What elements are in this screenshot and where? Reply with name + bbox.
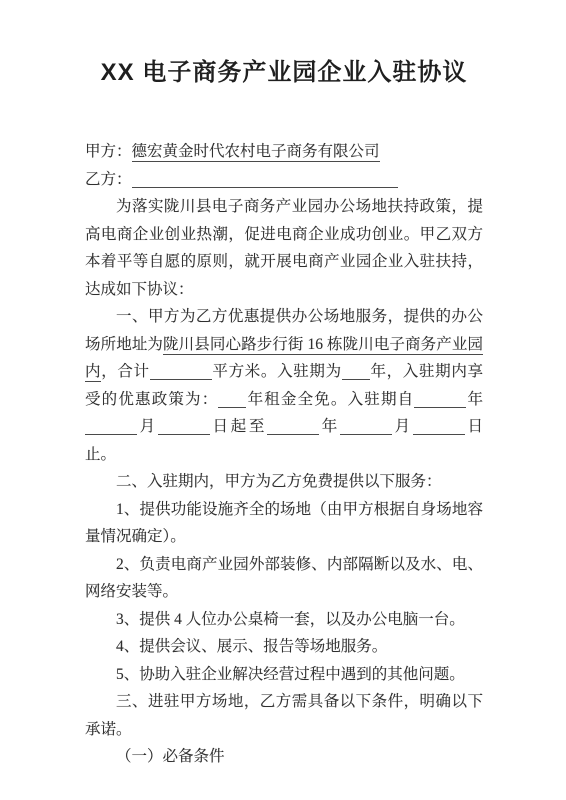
party-a-name: 德宏黄金时代农村电子商务有限公司	[132, 143, 380, 162]
clause-one-after-area: 平方米。入驻期为	[212, 363, 342, 380]
party-b-label: 乙方：	[85, 171, 132, 188]
party-b-row: 乙方：	[85, 166, 483, 194]
free-rent-years-blank-line	[218, 391, 246, 408]
subsection-heading: （一）必备条件	[85, 743, 483, 771]
clause-one-after-policy: 年租金全免。入驻期自	[246, 391, 414, 408]
document-title: XX 电子商务产业园企业入驻协议	[85, 56, 483, 90]
clause-one-paragraph: 一、甲方为乙方优惠提供办公场地服务，提供的办公场所地址为陇川县同心路步行街 16…	[85, 303, 483, 468]
start-year-blank-line	[414, 391, 466, 408]
start-day-label: 日起至	[210, 418, 267, 435]
start-month-label: 月	[137, 418, 158, 435]
preamble-paragraph: 为落实陇川县电子商务产业园办公场地扶持政策，提高电商企业创业热潮，促进电商企业成…	[85, 193, 483, 303]
party-b-blank-line	[132, 171, 398, 188]
party-a-row: 甲方：德宏黄金时代农村电子商务有限公司	[85, 138, 483, 166]
clause-two-heading: 二、入驻期内，甲方为乙方免费提供以下服务：	[85, 468, 483, 496]
clause-two-item-2: 2、负责电商产业园外部装修、内部隔断以及水、电、网络安装等。	[85, 551, 483, 606]
clause-two-item-1: 1、提供功能设施齐全的场地（由甲方根据自身场地容量情况确定）。	[85, 496, 483, 551]
clause-one-after-address: ，合计	[101, 363, 150, 380]
end-month-label: 月	[392, 418, 413, 435]
start-day-blank-line	[158, 419, 210, 436]
clause-two-item-3: 3、提供 4 人位办公桌椅一套，以及办公电脑一台。	[85, 606, 483, 634]
term-years-blank-line	[342, 364, 370, 381]
end-year-blank-line	[267, 419, 319, 436]
start-month-blank-line	[85, 419, 137, 436]
start-year-label: 年	[466, 391, 483, 408]
end-day-blank-line	[413, 419, 465, 436]
clause-two-item-4: 4、提供会议、展示、报告等场地服务。	[85, 633, 483, 661]
clause-two-item-5: 5、协助入驻企业解决经营过程中遇到的其他问题。	[85, 661, 483, 689]
document-content: XX 电子商务产业园企业入驻协议 甲方：德宏黄金时代农村电子商务有限公司 乙方：…	[0, 0, 566, 771]
party-a-label: 甲方：	[85, 143, 132, 160]
end-month-blank-line	[340, 419, 392, 436]
area-blank-line	[150, 364, 212, 381]
document-page: XX 电子商务产业园企业入驻协议 甲方：德宏黄金时代农村电子商务有限公司 乙方：…	[0, 0, 566, 800]
end-year-label: 年	[319, 418, 340, 435]
clause-three-paragraph: 三、进驻甲方场地，乙方需具备以下条件，明确以下承诺。	[85, 688, 483, 743]
